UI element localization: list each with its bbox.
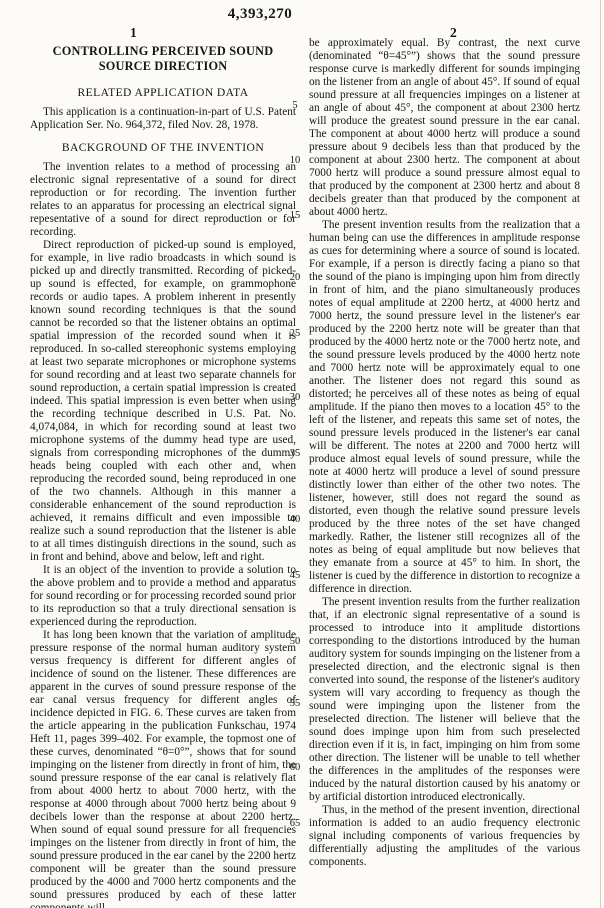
gutter-line-number: 65 xyxy=(284,818,306,830)
gutter-line-number: 40 xyxy=(284,514,306,526)
patent-number: 4,393,270 xyxy=(160,6,360,23)
gutter-line-number: 45 xyxy=(284,570,306,582)
scan-edge-line xyxy=(600,0,601,908)
gutter-line-number: 30 xyxy=(284,392,306,404)
gutter-line-number: 20 xyxy=(284,272,306,284)
gutter-line-number: 35 xyxy=(284,448,306,460)
patent-page: 4,393,270 1 2 CONTROLLING PERCEIVED SOUN… xyxy=(0,0,604,908)
background-heading: BACKGROUND OF THE INVENTION xyxy=(30,141,296,154)
gutter-line-number: 50 xyxy=(284,636,306,648)
gutter-line-number: 5 xyxy=(284,100,306,112)
column-1-number: 1 xyxy=(130,25,137,41)
body-paragraph: Direct reproduction of picked-up sound i… xyxy=(30,239,296,564)
gutter-line-number: 25 xyxy=(284,328,306,340)
related-application-paragraph: This application is a continuation-in-pa… xyxy=(30,106,296,132)
related-application-heading: RELATED APPLICATION DATA xyxy=(30,86,296,99)
body-paragraph: It has long been known that the variatio… xyxy=(30,629,296,908)
body-paragraph: Thus, in the method of the present inven… xyxy=(309,804,580,869)
left-column: CONTROLLING PERCEIVED SOUND SOURCE DIREC… xyxy=(30,44,296,908)
body-paragraph: It is an object of the invention to prov… xyxy=(30,564,296,629)
gutter-line-number: 55 xyxy=(284,698,306,710)
body-paragraph: The present invention results from the f… xyxy=(309,596,580,804)
right-column: be approximately equal. By contrast, the… xyxy=(309,37,580,869)
gutter-line-number: 60 xyxy=(284,762,306,774)
gutter-line-number: 10 xyxy=(284,155,306,167)
body-paragraph: be approximately equal. By contrast, the… xyxy=(309,37,580,219)
invention-title: CONTROLLING PERCEIVED SOUND SOURCE DIREC… xyxy=(30,44,296,74)
body-paragraph: The present invention results from the r… xyxy=(309,219,580,596)
body-paragraph: The invention relates to a method of pro… xyxy=(30,161,296,239)
gutter-line-number: 15 xyxy=(284,210,306,222)
